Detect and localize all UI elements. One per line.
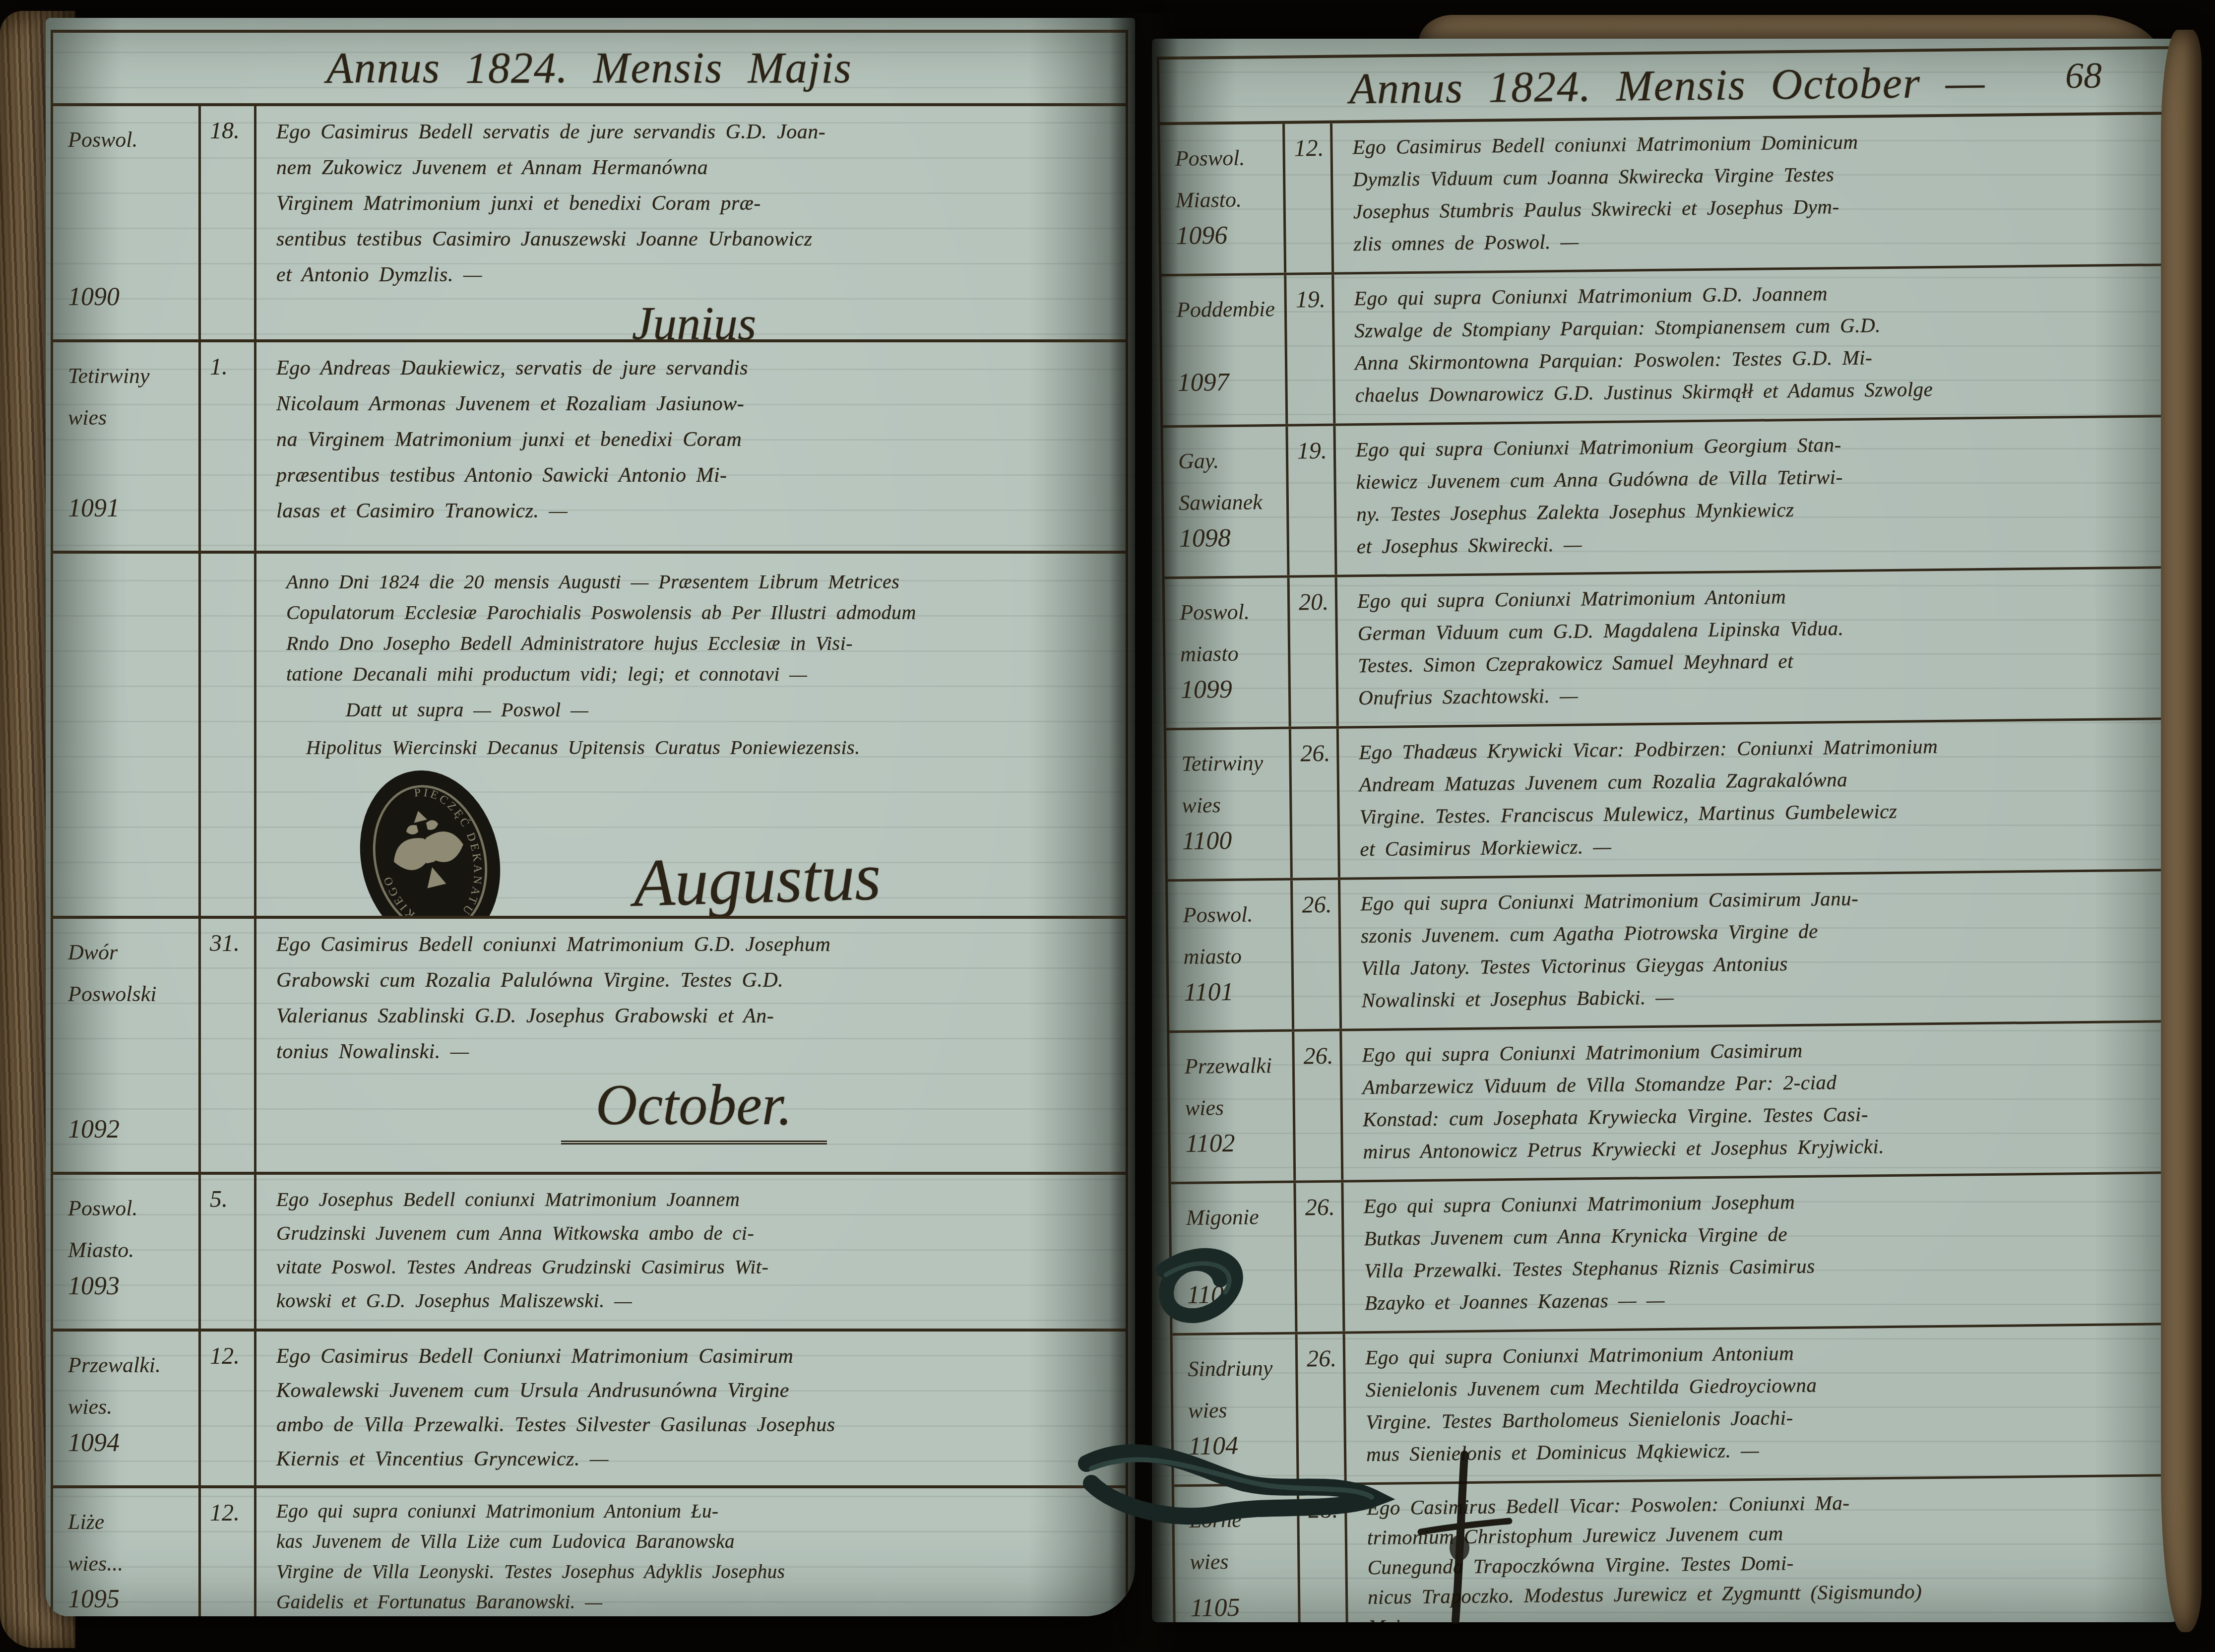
entry-number: 1100	[1182, 826, 1286, 869]
day-cell: 20.	[1290, 577, 1339, 727]
place-name: Gay.	[1178, 440, 1282, 482]
day-cell: 19.	[1286, 275, 1335, 424]
entry-body-cell: Ego qui supra coniunxi Matrimonium Anton…	[256, 1488, 1126, 1616]
entry-text-line: sentibus testibus Casimiro Januszewski J…	[276, 221, 1112, 257]
place-cell: Liżewies...1095	[53, 1488, 201, 1616]
entry-text-line: Ego Casimirus Bedell servatis de jure se…	[276, 114, 1112, 150]
torn-paper-edge-right	[2161, 30, 2202, 1632]
entry-text-line: Ego Casimirus Bedell coniunxi Matrimoniu…	[276, 927, 1112, 962]
entries-right: Poswol.Miasto.1096 12. Ego Casimirus Bed…	[1160, 115, 2185, 1622]
day-of-month: 19.	[1297, 437, 1334, 465]
day-of-month: 31.	[210, 930, 254, 957]
day-of-month: 19.	[1295, 286, 1332, 314]
month-section-heading: Junius	[597, 296, 791, 339]
entry-text-line: kas Juvenem de Villa Liże cum Ludovica B…	[276, 1526, 1112, 1557]
place-cell: Migoniewies.1103	[1171, 1183, 1297, 1334]
day-cell: 5.	[201, 1175, 256, 1329]
day-cell: 12.	[1285, 124, 1334, 273]
place-cell: Poswol.miasto1099	[1165, 578, 1291, 728]
place-cell: Przewalkiwies1102	[1169, 1032, 1296, 1182]
place-name: Poddembie	[1176, 288, 1280, 331]
entry-body-cell: Ego Andreas Daukiewicz, servatis de jure…	[256, 342, 1126, 551]
entries-left: Poswol.1090 18. Ego Casimirus Bedell ser…	[53, 106, 1126, 1616]
entry-text-line: tatione Decanali mihi productum vidi; le…	[286, 659, 1112, 690]
register-entry-row: Tetirwinywies1100 26. Ego Thadæus Krywic…	[1166, 720, 2184, 882]
entry-text-line: Ego Josephus Bedell coniunxi Matrimonium…	[276, 1183, 1112, 1216]
place-name: Liże	[68, 1501, 194, 1543]
entry-text-line: præsentibus testibus Antonio Sawicki Ant…	[276, 457, 1112, 493]
place-cell: Łornewies1105	[1174, 1486, 1301, 1622]
day-cell: 28.	[1299, 1485, 1348, 1622]
entry-text-line: et Antonio Dymzlis. —	[276, 257, 1112, 293]
entry-text-line: lasas et Casimiro Tranowicz. —	[276, 493, 1112, 529]
place-cell: Tetirwinywies1100	[1166, 729, 1293, 880]
place-cell: Tetirwinywies1091	[53, 342, 201, 551]
entry-text-line: nem Zukowicz Juvenem et Annam Hermanówna	[276, 150, 1112, 186]
entry-body-cell: Ego qui supra Coniunxi Matrimonium Josep…	[1343, 1174, 2185, 1332]
entry-number: 1104	[1189, 1431, 1293, 1474]
place-name: wies...	[68, 1543, 194, 1585]
entry-text-line: Copulatorum Ecclesiæ Parochialis Poswole…	[286, 597, 1112, 628]
place-name: Tetirwiny	[68, 355, 194, 397]
day-of-month: 18.	[210, 117, 254, 144]
entry-body-cell: Ego Casimirus Bedell coniunxi Matrimoniu…	[256, 919, 1126, 1172]
register-entry-row: Gay.Sawianek1098 19. Ego qui supra Coniu…	[1163, 417, 2180, 579]
page-number: 68	[2065, 55, 2102, 97]
register-entry-row: Liżewies...1095 12. Ego qui supra coniun…	[53, 1488, 1126, 1616]
entry-body-cell: Ego Casimirus Bedell Coniunxi Matrimoniu…	[256, 1332, 1126, 1485]
place-name: miasto	[1183, 935, 1287, 978]
entry-text-line: Kowalewski Juvenem cum Ursula Andrusunów…	[276, 1374, 1112, 1408]
left-page: Annus 1824. Mensis Majis Poswol.1090 18.…	[46, 18, 1135, 1616]
entry-text-line: vitate Poswol. Testes Andreas Grudzinski…	[276, 1250, 1112, 1284]
entry-number: 1102	[1185, 1128, 1289, 1171]
place-name: Poswolski	[68, 973, 194, 1015]
page-header-left: Annus 1824. Mensis Majis	[53, 30, 1126, 106]
place-name: wies	[1190, 1540, 1294, 1583]
place-name: Poswol.	[68, 1188, 194, 1229]
register-entry-row: Poswol.miasto1101 26. Ego qui supra Coni…	[1168, 871, 2185, 1033]
entry-body-cell: Ego qui supra Coniunxi Matrimonium G.D. …	[1334, 266, 2179, 424]
place-name: wies.	[1187, 1238, 1291, 1280]
book-gutter-shadow	[1109, 13, 1179, 1652]
entry-body-cell: Ego qui supra Coniunxi Matrimonium Casim…	[1342, 1022, 2185, 1180]
day-of-month: 26.	[1303, 1042, 1340, 1070]
place-name: Poswol.	[1183, 893, 1287, 936]
entry-body-cell: Ego Casimirus Bedell servatis de jure se…	[256, 106, 1126, 339]
place-cell: Poswol.Miasto.1093	[53, 1175, 201, 1329]
month-section-heading: October.	[561, 1073, 827, 1144]
place-cell: Sindriunywies1104	[1173, 1334, 1299, 1485]
entry-number: 1096	[1176, 220, 1280, 263]
place-cell: Poswol.Miasto.1096	[1160, 124, 1286, 274]
deanery-wax-seal: PIECZĘĆ DEKANATU UPITSKIEGO	[356, 765, 505, 916]
place-name: wies	[1185, 1086, 1289, 1129]
day-of-month: 12.	[1294, 134, 1330, 162]
entry-text-line: Nicolaum Armonas Juvenem et Rozaliam Jas…	[276, 386, 1112, 422]
month-section-heading: Augustus	[613, 837, 902, 916]
entry-number: 1091	[68, 494, 194, 536]
entry-number: 1094	[68, 1428, 194, 1470]
place-name: Poswol.	[1175, 137, 1279, 180]
entry-number: 1098	[1179, 523, 1283, 566]
entry-text-line: kowski et G.D. Josephus Maliszewski. —	[276, 1284, 1112, 1318]
register-entry-row: DwórPoswolski1092 31. Ego Casimirus Bede…	[53, 919, 1126, 1175]
register-entry-row: Anno Dni 1824 die 20 mensis Augusti — Pr…	[53, 554, 1126, 919]
entry-text-line: Valerianus Szablinski G.D. Josephus Grab…	[276, 998, 1112, 1034]
entry-text-line: Hipolitus Wiercinski Decanus Upitensis C…	[286, 732, 1112, 763]
entry-body-cell: Ego Thadæus Krywicki Vicar: Podbirzen: C…	[1339, 720, 2184, 878]
entry-body-cell: Ego qui supra Coniunxi Matrimonium Georg…	[1335, 417, 2180, 575]
entry-body-cell: Ego qui supra Coniunxi Matrimonium Casim…	[1340, 871, 2185, 1029]
day-of-month: 26.	[1305, 1194, 1342, 1221]
day-of-month: 26.	[1300, 740, 1337, 767]
place-cell	[53, 554, 201, 916]
day-cell: 1.	[201, 342, 256, 551]
place-cell: Przewalki.wies.1094	[53, 1332, 201, 1485]
entry-text-line: Grabowski cum Rozalia Palulówna Virgine.…	[276, 962, 1112, 998]
entry-body-cell: Ego Josephus Bedell coniunxi Matrimonium…	[256, 1175, 1126, 1329]
entry-number: 1093	[68, 1271, 194, 1314]
entry-number: 1090	[68, 282, 194, 324]
entry-text-line: Virgine de Villa Leonyski. Testes Joseph…	[276, 1557, 1112, 1587]
place-name: Dwór	[68, 932, 194, 973]
entry-text-line: Grudzinski Juvenem cum Anna Witkowska am…	[276, 1216, 1112, 1250]
entry-text-line: tonius Nowalinski. —	[276, 1034, 1112, 1070]
ink-cross-mark	[1404, 1449, 1523, 1627]
place-cell: Gay.Sawianek1098	[1163, 427, 1289, 577]
entry-text-line: Ego Casimirus Bedell Coniunxi Matrimoniu…	[276, 1339, 1112, 1374]
page-header-right: Annus 1824. Mensis October — 68	[1159, 46, 2176, 125]
day-cell: 12.	[201, 1332, 256, 1485]
register-entry-row: Sindriunywies1104 26. Ego qui supra Coni…	[1173, 1325, 2185, 1487]
register-table-right: Annus 1824. Mensis October — 68 Poswol.M…	[1157, 46, 2185, 1622]
seal-and-heading: PIECZĘĆ DEKANATU UPITSKIEGO Augustus	[286, 765, 1112, 916]
entry-text-line: na Virginem Matrimonium junxi et benedix…	[276, 422, 1112, 457]
register-entry-row: Przewalkiwies1102 26. Ego qui supra Coni…	[1169, 1022, 2185, 1184]
place-cell: Poswol.miasto1101	[1168, 881, 1294, 1031]
place-name: wies	[68, 397, 194, 439]
place-name: Tetirwiny	[1181, 742, 1285, 785]
place-cell: DwórPoswolski1092	[53, 919, 201, 1172]
register-entry-row: Poddembie1097 19. Ego qui supra Coniunxi…	[1161, 266, 2179, 428]
entry-number: 1103	[1187, 1279, 1291, 1323]
entry-text-line: Anno Dni 1824 die 20 mensis Augusti — Pr…	[286, 567, 1112, 597]
day-of-month: 26.	[1307, 1345, 1343, 1373]
register-entry-row: Poswol.miasto1099 20. Ego qui supra Coni…	[1165, 569, 2182, 730]
entry-text-line: Ego Andreas Daukiewicz, servatis de jure…	[276, 350, 1112, 386]
entry-text-line: Rndo Dno Josepho Bedell Administratore h…	[286, 628, 1112, 659]
register-entry-row: Poswol.Miasto.1093 5. Ego Josephus Bedel…	[53, 1175, 1126, 1332]
entry-text-line: Virginem Matrimonium junxi et benedixi C…	[276, 186, 1112, 221]
day-cell: 26.	[1294, 1031, 1343, 1181]
place-name: Sawianek	[1179, 481, 1283, 524]
day-cell: 12.	[201, 1488, 256, 1616]
day-of-month: 12.	[210, 1499, 254, 1526]
place-name: wies	[1188, 1389, 1292, 1432]
register-table-left: Annus 1824. Mensis Majis Poswol.1090 18.…	[51, 30, 1128, 1616]
day-cell: 18.	[201, 106, 256, 339]
place-name: Miasto.	[1175, 179, 1279, 221]
entry-number: 1095	[68, 1585, 194, 1616]
register-entry-row: Migoniewies.1103 26. Ego qui supra Coniu…	[1171, 1174, 2185, 1335]
entry-number: 1099	[1181, 674, 1285, 717]
place-name: Przewalki	[1184, 1045, 1288, 1087]
day-of-month: 28.	[1308, 1496, 1345, 1524]
entry-body-cell: Ego Casimirus Bedell coniunxi Matrimoniu…	[1332, 115, 2177, 272]
book-photo: Annus 1824. Mensis Majis Poswol.1090 18.…	[0, 0, 2215, 1652]
entry-body-cell: Ego qui supra Coniunxi Matrimonium Anton…	[1337, 569, 2182, 726]
day-of-month: 1.	[210, 353, 254, 381]
entry-text-line: Datt ut supra — Poswol —	[286, 695, 1112, 725]
register-entry-row: Poswol.1090 18. Ego Casimirus Bedell ser…	[53, 106, 1126, 342]
day-of-month: 26.	[1302, 891, 1338, 919]
place-name: Migonie	[1186, 1196, 1290, 1239]
entry-text-line: Kiernis et Vincentius Gryncewicz. —	[276, 1442, 1112, 1476]
register-entry-row: Tetirwinywies1091 1. Ego Andreas Daukiew…	[53, 342, 1126, 554]
day-cell: 19.	[1288, 426, 1337, 575]
day-cell: 31.	[201, 919, 256, 1172]
right-page: Annus 1824. Mensis October — 68 Poswol.M…	[1152, 39, 2185, 1622]
place-name: Poswol.	[1180, 591, 1284, 634]
page-title: Annus 1824. Mensis October —	[1349, 57, 1986, 114]
day-cell: 26.	[1293, 880, 1342, 1029]
entry-body-cell: Anno Dni 1824 die 20 mensis Augusti — Pr…	[256, 554, 1126, 916]
day-cell: 26.	[1298, 1334, 1347, 1483]
place-name: Poswol.	[68, 119, 194, 161]
place-name: wies.	[68, 1386, 194, 1428]
place-name: Miasto.	[68, 1229, 194, 1271]
page-title: Annus 1824. Mensis Majis	[326, 43, 852, 93]
day-cell: 26.	[1296, 1183, 1345, 1332]
place-cell: Poddembie1097	[1161, 275, 1288, 426]
place-name: Przewalki.	[68, 1344, 194, 1386]
register-entry-row: Przewalki.wies.1094 12. Ego Casimirus Be…	[53, 1332, 1126, 1488]
entry-number: 1105	[1190, 1592, 1294, 1622]
place-name: Sindriuny	[1188, 1347, 1292, 1390]
entry-text-line: Gaidelis et Fortunatus Baranowski. —	[276, 1587, 1112, 1616]
place-name: wies	[1182, 784, 1286, 826]
entry-text-line: ambo de Villa Przewalki. Testes Silveste…	[276, 1408, 1112, 1442]
register-entry-row: Łornewies1105 28. Ego Casimirus Bedell V…	[1174, 1476, 2185, 1622]
day-cell	[201, 554, 256, 916]
place-name: Łorne	[1189, 1499, 1293, 1541]
place-cell: Poswol.1090	[53, 106, 201, 339]
register-entry-row: Poswol.Miasto.1096 12. Ego Casimirus Bed…	[1160, 115, 2177, 276]
entry-number: 1101	[1184, 977, 1288, 1020]
day-of-month: 12.	[210, 1342, 254, 1370]
entry-number: 1092	[68, 1115, 194, 1157]
entry-number: 1097	[1177, 367, 1281, 410]
place-name: miasto	[1180, 633, 1284, 675]
day-of-month: 5.	[210, 1186, 254, 1213]
day-of-month: 20.	[1299, 588, 1335, 616]
day-cell: 26.	[1291, 729, 1340, 878]
entry-text-line: Ego qui supra coniunxi Matrimonium Anton…	[276, 1496, 1112, 1526]
